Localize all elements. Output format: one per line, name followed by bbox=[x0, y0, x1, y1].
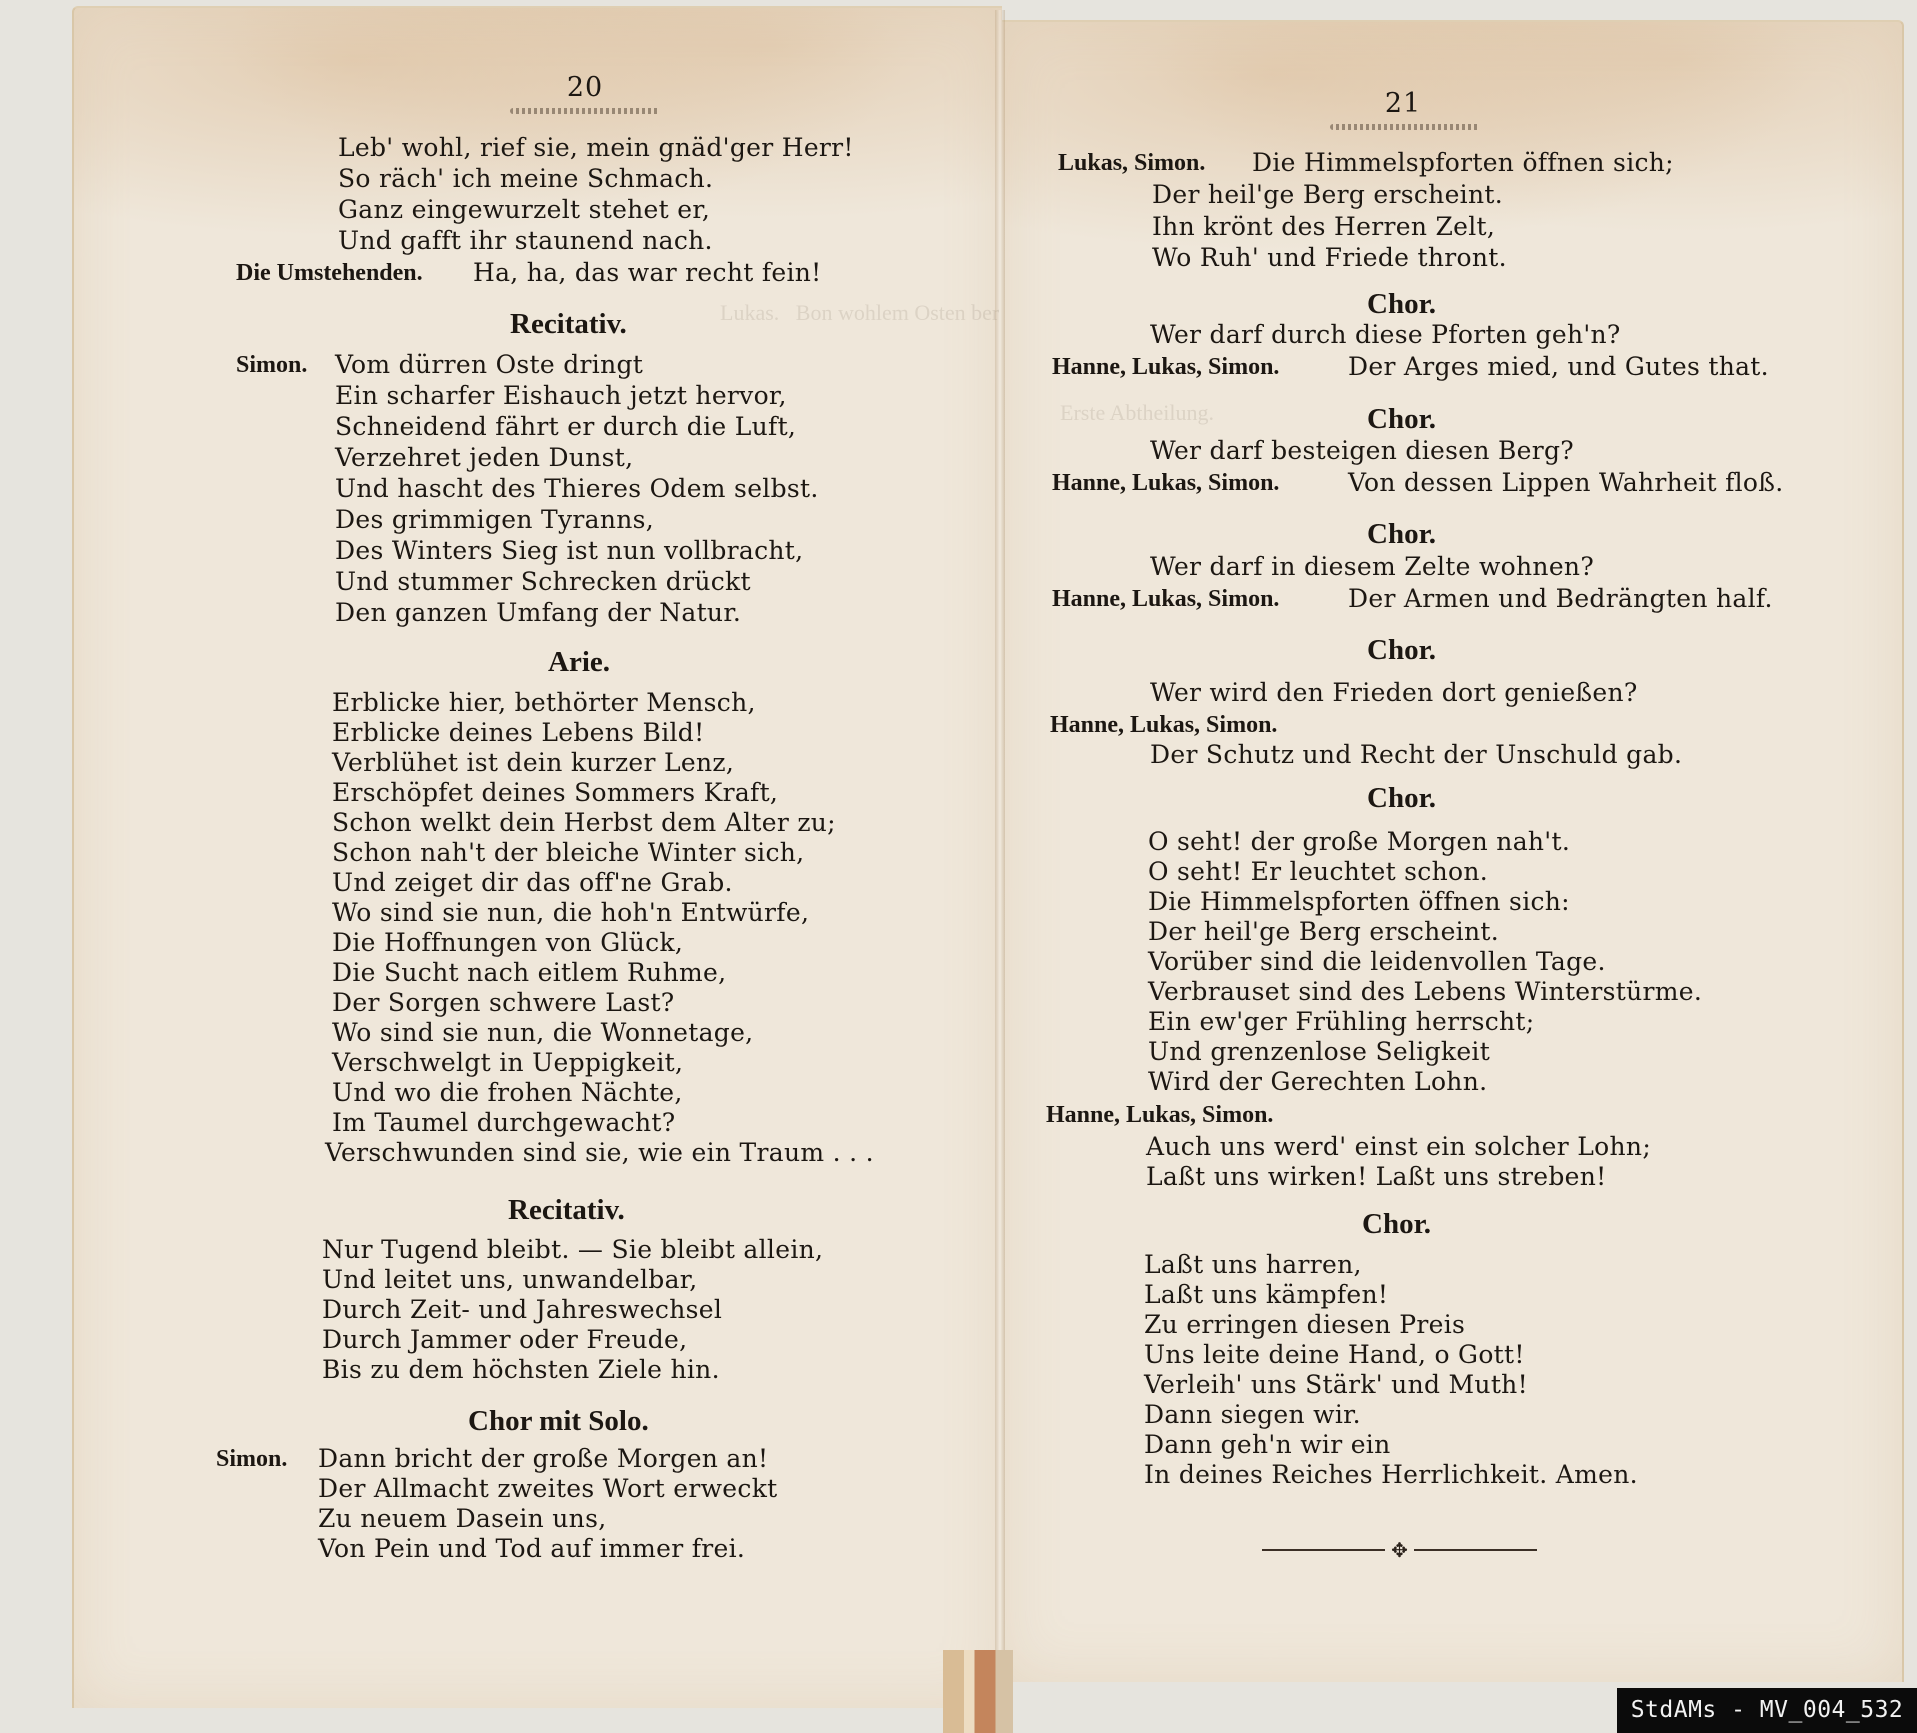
page-number-rule bbox=[1330, 124, 1480, 130]
verse-line: Verblühet ist dein kurzer Lenz, bbox=[332, 748, 734, 777]
verse-line: Schneidend fährt er durch die Luft, bbox=[335, 412, 796, 441]
section-heading: Chor. bbox=[1367, 782, 1436, 815]
verse-line: Der Armen und Bedrängten half. bbox=[1348, 584, 1773, 613]
verse-line: Ihn krönt des Herren Zelt, bbox=[1152, 212, 1495, 241]
verse-line: Nur Tugend bleibt. — Sie bleibt allein, bbox=[322, 1235, 823, 1264]
verse-line: Verbrauset sind des Lebens Winterstürme. bbox=[1148, 977, 1702, 1006]
verse-line: Ein scharfer Eishauch jetzt hervor, bbox=[335, 381, 787, 410]
section-heading: Chor. bbox=[1367, 518, 1436, 551]
speaker-name: Hanne, Lukas, Simon. bbox=[1046, 1102, 1273, 1129]
verse-line: Im Taumel durchgewacht? bbox=[332, 1108, 675, 1137]
verse-line: Bis zu dem höchsten Ziele hin. bbox=[322, 1355, 720, 1384]
verse-line: Verschwelgt in Ueppigkeit, bbox=[332, 1048, 683, 1077]
bleed-through-text: Erste Abtheilung. bbox=[1060, 400, 1214, 426]
speaker-name: Lukas, Simon. bbox=[1058, 150, 1205, 177]
verse-line: Von dessen Lippen Wahrheit floß. bbox=[1348, 468, 1784, 497]
section-heading: Chor. bbox=[1367, 634, 1436, 667]
verse-line: Zu erringen diesen Preis bbox=[1144, 1310, 1465, 1339]
verse-line: Und grenzenlose Seligkeit bbox=[1148, 1037, 1490, 1066]
verse-line: Wer darf in diesem Zelte wohnen? bbox=[1150, 552, 1594, 581]
verse-line: Dann siegen wir. bbox=[1144, 1400, 1361, 1429]
verse-line: Und gafft ihr staunend nach. bbox=[338, 226, 713, 255]
verse-line: So räch' ich meine Schmach. bbox=[338, 164, 713, 193]
book-spine-edge bbox=[943, 1650, 1013, 1733]
verse-line: Die Himmelspforten öffnen sich; bbox=[1252, 148, 1674, 177]
archive-reference-label: StdAMs - MV_004_532 bbox=[1617, 1688, 1917, 1733]
verse-line: Wer wird den Frieden dort genießen? bbox=[1150, 678, 1638, 707]
verse-line: Dann geh'n wir ein bbox=[1144, 1430, 1391, 1459]
speaker-name: Hanne, Lukas, Simon. bbox=[1052, 586, 1279, 613]
verse-line: Und stummer Schrecken drückt bbox=[335, 567, 751, 596]
verse-line: Den ganzen Umfang der Natur. bbox=[335, 598, 741, 627]
verse-line: Der Schutz und Recht der Unschuld gab. bbox=[1150, 740, 1682, 769]
verse-line: In deines Reiches Herrlichkeit. Amen. bbox=[1144, 1460, 1638, 1489]
verse-line: Der Sorgen schwere Last? bbox=[332, 988, 675, 1017]
page-number-right: 21 bbox=[1343, 88, 1463, 119]
verse-line: Ganz eingewurzelt stehet er, bbox=[338, 195, 710, 224]
verse-line: Vorüber sind die leidenvollen Tage. bbox=[1148, 947, 1606, 976]
ornament-rule bbox=[1414, 1549, 1537, 1551]
verse-line: Ha, ha, das war recht fein! bbox=[473, 258, 822, 287]
verse-line: Vom dürren Oste dringt bbox=[335, 350, 643, 379]
verse-line: Erschöpfet deines Sommers Kraft, bbox=[332, 778, 778, 807]
verse-line: Zu neuem Dasein uns, bbox=[318, 1504, 606, 1533]
verse-line: Und zeiget dir das off'ne Grab. bbox=[332, 868, 733, 897]
section-heading: Chor. bbox=[1367, 403, 1436, 436]
end-ornament: ✥ bbox=[1262, 1540, 1537, 1560]
page-number-rule bbox=[510, 108, 660, 114]
verse-line: Laßt uns harren, bbox=[1144, 1250, 1362, 1279]
verse-line: Und wo die frohen Nächte, bbox=[332, 1078, 683, 1107]
verse-line: Leb' wohl, rief sie, mein gnäd'ger Herr! bbox=[338, 133, 854, 162]
verse-line: Die Hoffnungen von Glück, bbox=[332, 928, 683, 957]
section-heading: Recitativ. bbox=[510, 308, 627, 341]
speaker-name: Hanne, Lukas, Simon. bbox=[1050, 712, 1277, 739]
verse-line: Ein ew'ger Frühling herrscht; bbox=[1148, 1007, 1535, 1036]
verse-line: Des grimmigen Tyranns, bbox=[335, 505, 654, 534]
bleed-through-text: Lukas. Bon wohlem Osten ber bbox=[720, 300, 999, 326]
verse-line: Der heil'ge Berg erscheint. bbox=[1152, 180, 1503, 209]
verse-line: Und hascht des Thieres Odem selbst. bbox=[335, 474, 819, 503]
page-number-left: 20 bbox=[525, 72, 645, 103]
verse-line: Laßt uns kämpfen! bbox=[1144, 1280, 1388, 1309]
fleuron-icon: ✥ bbox=[1385, 1538, 1414, 1562]
section-heading: Chor. bbox=[1362, 1208, 1431, 1241]
verse-line: Dann bricht der große Morgen an! bbox=[318, 1444, 768, 1473]
verse-line: Durch Zeit- und Jahreswechsel bbox=[322, 1295, 722, 1324]
verse-line: O seht! Er leuchtet schon. bbox=[1148, 857, 1488, 886]
verse-line: Schon nah't der bleiche Winter sich, bbox=[332, 838, 804, 867]
verse-line: Auch uns werd' einst ein solcher Lohn; bbox=[1146, 1132, 1651, 1161]
verse-line: Erblicke deines Lebens Bild! bbox=[332, 718, 704, 747]
verse-line: Durch Jammer oder Freude, bbox=[322, 1325, 687, 1354]
ornament-rule bbox=[1262, 1549, 1385, 1551]
section-heading: Arie. bbox=[548, 646, 610, 679]
verse-line: Die Sucht nach eitlem Ruhme, bbox=[332, 958, 726, 987]
verse-line: Des Winters Sieg ist nun vollbracht, bbox=[335, 536, 803, 565]
section-heading: Chor. bbox=[1367, 288, 1436, 321]
speaker-name: Die Umstehenden. bbox=[236, 260, 423, 287]
verse-line: Die Himmelspforten öffnen sich: bbox=[1148, 887, 1570, 916]
section-heading: Chor mit Solo. bbox=[468, 1405, 649, 1438]
verse-line: Verleih' uns Stärk' und Muth! bbox=[1144, 1370, 1528, 1399]
speaker-name: Simon. bbox=[216, 1446, 287, 1473]
verse-line: Wo sind sie nun, die hoh'n Entwürfe, bbox=[332, 898, 809, 927]
verse-line: Der Allmacht zweites Wort erweckt bbox=[318, 1474, 778, 1503]
speaker-name: Hanne, Lukas, Simon. bbox=[1052, 354, 1279, 381]
verse-line: Der Arges mied, und Gutes that. bbox=[1348, 352, 1769, 381]
verse-line: Und leitet uns, unwandelbar, bbox=[322, 1265, 698, 1294]
verse-line: Schon welkt dein Herbst dem Alter zu; bbox=[332, 808, 836, 837]
verse-line: O seht! der große Morgen nah't. bbox=[1148, 827, 1570, 856]
verse-line: Verschwunden sind sie, wie ein Traum . .… bbox=[325, 1138, 874, 1167]
speaker-name: Simon. bbox=[236, 352, 307, 379]
verse-line: Von Pein und Tod auf immer frei. bbox=[318, 1534, 745, 1563]
speaker-name: Hanne, Lukas, Simon. bbox=[1052, 470, 1279, 497]
verse-line: Der heil'ge Berg erscheint. bbox=[1148, 917, 1499, 946]
verse-line: Wo sind sie nun, die Wonnetage, bbox=[332, 1018, 753, 1047]
verse-line: Laßt uns wirken! Laßt uns streben! bbox=[1146, 1162, 1607, 1191]
verse-line: Erblicke hier, bethörter Mensch, bbox=[332, 688, 756, 717]
verse-line: Wo Ruh' und Friede thront. bbox=[1152, 243, 1507, 272]
verse-line: Uns leite deine Hand, o Gott! bbox=[1144, 1340, 1525, 1369]
verse-line: Wird der Gerechten Lohn. bbox=[1148, 1067, 1487, 1096]
book-gutter bbox=[995, 10, 1005, 1700]
verse-line: Wer darf besteigen diesen Berg? bbox=[1150, 436, 1574, 465]
verse-line: Wer darf durch diese Pforten geh'n? bbox=[1150, 320, 1621, 349]
section-heading: Recitativ. bbox=[508, 1194, 625, 1227]
verse-line: Verzehret jeden Dunst, bbox=[335, 443, 633, 472]
